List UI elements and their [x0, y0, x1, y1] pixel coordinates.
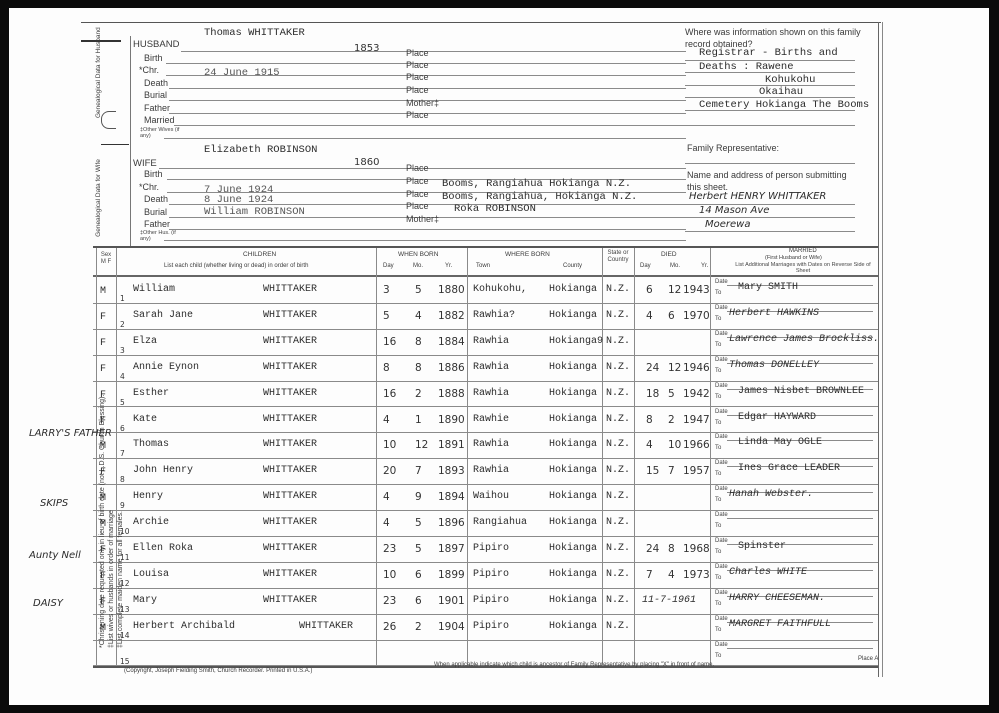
child-number: 4 [120, 372, 125, 381]
marriage-date-label: Date [715, 590, 728, 596]
birth-month: 7 [415, 465, 422, 477]
death-day: 18 [646, 388, 659, 400]
birth-year: 1890 [438, 414, 465, 426]
death-month: 4 [668, 569, 675, 581]
husband-name: Thomas WHITTAKER [204, 27, 305, 39]
birth-county: Hokianga [549, 543, 597, 554]
wife-section-label: Genealogical Data for Wife [95, 158, 103, 238]
death-year: 1957 [683, 465, 710, 477]
birth-year: 1886 [438, 362, 465, 374]
birth-county: Hokianga [549, 388, 597, 399]
birth-month: 2 [415, 621, 422, 633]
birth-day: 4 [383, 517, 390, 529]
death-day: 8 [646, 414, 653, 426]
death-month: 10 [668, 439, 681, 451]
birth-town: Rangiahua [473, 517, 527, 528]
child-number: 2 [120, 320, 125, 329]
marriage-to-label: To [715, 523, 721, 529]
child-given-name: Herbert Archibald [133, 621, 235, 632]
birth-county: Hokianga [549, 621, 597, 632]
birth-country: N.Z. [606, 336, 630, 347]
child-given-name: Mary [133, 595, 157, 606]
birth-day: 10 [383, 439, 396, 451]
child-surname: WHITTAKER [263, 388, 317, 399]
marriage-date-label: Date [715, 616, 728, 622]
marriage-date-label: Date [715, 512, 728, 518]
birth-year: 1880 [438, 284, 465, 296]
birth-day: 10 [383, 569, 396, 581]
death-year: 1970 [683, 310, 710, 322]
birth-town: Waihou [473, 491, 509, 502]
wife-burial-place: Booms, Rangiahua, Hokianga N.Z. [442, 191, 637, 203]
header-mo: Mo. [413, 263, 423, 269]
birth-month: 8 [415, 336, 422, 348]
child-given-name: Ellen Roka [133, 543, 193, 554]
header-yr: Yr. [445, 263, 452, 269]
child-given-name: Archie [133, 517, 169, 528]
birth-month: 2 [415, 388, 422, 400]
marriage-date-label: Date [715, 486, 728, 492]
table-row: M10ArchieWHITTAKER451896RangiahuaHokiang… [93, 510, 878, 536]
child-surname: WHITTAKER [263, 569, 317, 580]
birth-month: 5 [415, 517, 422, 529]
birth-town: Rawhia [473, 336, 509, 347]
marriage-date-label: Date [715, 538, 728, 544]
marriage-to-label: To [715, 497, 721, 503]
death-day: 7 [646, 569, 653, 581]
burial-label: Burial [144, 207, 167, 217]
birth-month: 8 [415, 362, 422, 374]
ancestor-instruction: When applicable indicate which child is … [434, 662, 714, 668]
spouse-name: Charles WHITE [729, 567, 807, 578]
birth-county: Hokianga9 [549, 336, 603, 347]
birth-year: 1894 [438, 491, 465, 503]
rule [685, 163, 855, 164]
child-surname: WHITTAKER [263, 543, 317, 554]
death-label: Death [144, 194, 168, 204]
marriage-date-label: Date [715, 434, 728, 440]
birth-year: 1901 [438, 595, 465, 607]
rule [685, 125, 855, 126]
rule [685, 97, 855, 98]
death-year: 1966 [683, 439, 710, 451]
header-children: CHILDREN [243, 251, 276, 258]
child-number: 8 [120, 475, 125, 484]
birth-day: 16 [383, 336, 396, 348]
child-given-name: Sarah Jane [133, 310, 193, 321]
birth-country: N.Z. [606, 569, 630, 580]
spouse-name: Lawrence James Brockliss. [729, 334, 879, 345]
husband-birth-year: 1853 [354, 43, 379, 54]
death-day: 6 [646, 284, 653, 296]
birth-year: 1899 [438, 569, 465, 581]
spouse-name: Herbert HAWKINS [729, 308, 819, 319]
rule [685, 110, 855, 111]
header-day: Day [383, 263, 394, 269]
rule [164, 138, 686, 139]
child-given-name: Henry [133, 491, 163, 502]
child-number: 6 [120, 424, 125, 433]
place-label: Place [406, 201, 429, 211]
header-married-sub2: List Additional Marriages with Dates on … [733, 262, 873, 274]
spouse-name: Spinster [738, 541, 786, 552]
marriage-date-label: Date [715, 409, 728, 415]
child-surname: WHITTAKER [263, 362, 317, 373]
place-label: Place [406, 72, 429, 82]
birth-day: 3 [383, 284, 390, 296]
place-label: Place [406, 60, 429, 70]
marriage-to-label: To [715, 394, 721, 400]
death-month: 2 [668, 414, 675, 426]
birth-day: 20 [383, 465, 396, 477]
spouse-name: MARGRET FAITHFULL [729, 619, 831, 630]
birth-country: N.Z. [606, 388, 630, 399]
rule [685, 231, 855, 232]
margin-note-aunty-nell: Aunty Nell [29, 550, 81, 561]
marriage-date-label: Date [715, 383, 728, 389]
marriage-date-label: Date [715, 357, 728, 363]
birth-month: 6 [415, 595, 422, 607]
marriage-to-label: To [715, 575, 721, 581]
header-town: Town [476, 263, 490, 269]
marriage-date-label: Date [715, 642, 728, 648]
child-number: 7 [120, 449, 125, 458]
child-given-name: Thomas [133, 439, 169, 450]
marriage-date-label: Date [715, 279, 728, 285]
child-surname: WHITTAKER [263, 336, 317, 347]
birth-town: Pipiro [473, 621, 509, 632]
birth-year: 1884 [438, 336, 465, 348]
child-given-name: Esther [133, 388, 169, 399]
birth-county: Hokianga [549, 595, 597, 606]
table-top-border [93, 246, 878, 248]
father-label: Father [144, 219, 170, 229]
child-surname: WHITTAKER [263, 465, 317, 476]
birth-county: Hokianga [549, 517, 597, 528]
marriage-to-label: To [715, 290, 721, 296]
birth-year: 1896 [438, 517, 465, 529]
birth-country: N.Z. [606, 465, 630, 476]
birth-country: N.Z. [606, 543, 630, 554]
birth-town: Rawhia [473, 362, 509, 373]
place-label: Place [406, 85, 429, 95]
child-number: 15 [120, 657, 130, 666]
copyright-notice: (Copyright, Joseph Fielding Smith, Churc… [124, 668, 312, 674]
birth-town: Kohukohu, [473, 284, 527, 295]
place-label: Place [406, 189, 429, 199]
birth-town: Rawhie [473, 414, 509, 425]
marriage-to-label: To [715, 342, 721, 348]
birth-country: N.Z. [606, 284, 630, 295]
right-border [882, 22, 883, 677]
margin-note-daisy: DAISY [33, 598, 63, 609]
marriage-to-label: To [715, 653, 721, 659]
child-surname: WHITTAKER [263, 310, 317, 321]
child-given-name: Elza [133, 336, 157, 347]
death-day: 11-7-1961 [642, 595, 696, 606]
birth-country: N.Z. [606, 362, 630, 373]
death-month: 7 [668, 465, 675, 477]
death-year: 1943 [683, 284, 710, 296]
header-state: State or Country [604, 250, 632, 264]
sex-cell: M [100, 286, 106, 297]
table-row: M14Herbert ArchibaldWHITTAKER2621904Pipi… [93, 614, 878, 640]
wife-name: Elizabeth ROBINSON [204, 144, 317, 156]
sex-cell: F [100, 338, 106, 349]
birth-county: Hokianga [549, 284, 597, 295]
family-group-record-sheet: Genealogical Data for Husband HUSBAND Th… [9, 8, 989, 705]
death-label: Death [144, 78, 168, 88]
table-row: F5EstherWHITTAKER1621888RawhiaHokiangaN.… [93, 381, 878, 407]
child-surname: WHITTAKER [263, 517, 317, 528]
birth-day: 16 [383, 388, 396, 400]
submitter-label: Name and address of person submitting th… [687, 169, 857, 193]
marriage-to-label: To [715, 445, 721, 451]
submitter-address: 14 Mason Ave [699, 205, 769, 216]
birth-month: 6 [415, 569, 422, 581]
rule [164, 240, 686, 241]
margin-note-skips: SKIPS [40, 498, 68, 509]
child-given-name: John Henry [133, 465, 193, 476]
header-died: DIED [661, 251, 677, 258]
birth-year: 1904 [438, 621, 465, 633]
wife-label: WIFE [133, 158, 157, 169]
child-given-name: William [133, 284, 175, 295]
place-label: Place [406, 176, 429, 186]
birth-country: N.Z. [606, 595, 630, 606]
submitter-town: Moerewa [705, 219, 750, 230]
married-label: Married [144, 115, 175, 125]
birth-town: Pipiro [473, 569, 509, 580]
wife-death-place: Booms, Rangiahua Hokianga N.Z. [442, 178, 631, 190]
birth-country: N.Z. [606, 517, 630, 528]
marriage-to-label: To [715, 601, 721, 607]
place-cut-label: Place A [858, 656, 878, 662]
wife-mother: Roka ROBINSON [454, 203, 536, 215]
table-row: F3ElzaWHITTAKER1681884RawhiaHokianga9N.Z… [93, 329, 878, 355]
death-year: 1942 [683, 388, 710, 400]
header-married: MARRIED [789, 248, 817, 254]
birth-month: 9 [415, 491, 422, 503]
family-representative-label: Family Representative: [687, 143, 779, 153]
birth-day: 26 [383, 621, 396, 633]
spouse-name: HARRY CHEESEMAN. [729, 593, 825, 604]
husband-label: HUSBAND [133, 39, 179, 50]
birth-country: N.Z. [606, 310, 630, 321]
place-label: Place [406, 48, 429, 58]
birth-month: 1 [415, 414, 422, 426]
birth-day: 8 [383, 362, 390, 374]
table-row: F13MaryWHITTAKER2361901PipiroHokiangaN.Z… [93, 588, 878, 614]
death-day: 24 [646, 543, 659, 555]
rule [169, 229, 686, 230]
marriage-to-label: To [715, 420, 721, 426]
birth-year: 1891 [438, 439, 465, 451]
birth-month: 5 [415, 284, 422, 296]
husband-section-label: Genealogical Data for Husband [95, 38, 103, 118]
birth-year: 1897 [438, 543, 465, 555]
spouse-name: Thomas DONELLEY [729, 360, 819, 371]
husband-death-date: 24 June 1915 [204, 67, 280, 79]
child-given-name: Kate [133, 414, 157, 425]
top-border [81, 22, 881, 23]
marriage-to-label: To [715, 316, 721, 322]
birth-year: 1888 [438, 388, 465, 400]
child-surname: WHITTAKER [263, 491, 317, 502]
child-number: 9 [120, 501, 125, 510]
header-children-sub: List each child (whether living or dead)… [164, 263, 308, 269]
child-surname: WHITTAKER [263, 439, 317, 450]
birth-label: Birth [144, 53, 163, 63]
marriage-to-label: To [715, 471, 721, 477]
hole-punch-mark [101, 111, 116, 129]
birth-month: 5 [415, 543, 422, 555]
death-day: 4 [646, 439, 653, 451]
chr-label: *Chr. [139, 182, 159, 192]
birth-day: 23 [383, 543, 396, 555]
birth-town: Rawhia [473, 465, 509, 476]
birth-day: 5 [383, 310, 390, 322]
death-month: 5 [668, 388, 675, 400]
spouse-name: Mary SMITH [738, 282, 798, 293]
place-label: Place [406, 110, 429, 120]
source-line-1: Registrar - Births and [699, 47, 838, 59]
place-label: Place [406, 163, 429, 173]
birth-country: N.Z. [606, 414, 630, 425]
table-row: F6KateWHITTAKER411890RawhieHokiangaN.Z.8… [93, 407, 878, 433]
death-day: 4 [646, 310, 653, 322]
birth-month: 4 [415, 310, 422, 322]
table-row: F8John HenryWHITTAKER2071893RawhiaHokian… [93, 458, 878, 484]
death-day: 15 [646, 465, 659, 477]
birth-day: 4 [383, 414, 390, 426]
wife-birth-year: 1860 [354, 157, 379, 168]
death-year: 1973 [683, 569, 710, 581]
spouse-name: Edgar HAYWARD [738, 412, 816, 423]
table-row: F11Ellen RokaWHITTAKER2351897PipiroHokia… [93, 536, 878, 562]
death-month: 12 [668, 362, 681, 374]
child-surname: WHITTAKER [263, 284, 317, 295]
birth-country: N.Z. [606, 439, 630, 450]
child-number: 3 [120, 346, 125, 355]
spouse-name: James Nisbet BROWNLEE [738, 386, 864, 397]
marriage-date-label: Date [715, 460, 728, 466]
margin-note-larrys-father: LARRY'S FATHER [29, 428, 112, 439]
birth-country: N.Z. [606, 621, 630, 632]
spouse-name: Hanah Webster. [729, 489, 813, 500]
sex-cell: F [100, 312, 106, 323]
chr-label: *Chr. [139, 65, 159, 75]
table-row: F2Sarah JaneWHITTAKER541882Rawhia?Hokian… [93, 303, 878, 329]
spouse-name: Linda May OGLE [738, 437, 822, 448]
marriage-date-label: Date [715, 331, 728, 337]
child-surname: WHITTAKER [299, 621, 353, 632]
birth-county: Hokianga [549, 569, 597, 580]
table-row: M1WilliamWHITTAKER351880Kohukohu,Hokiang… [93, 277, 878, 303]
marriage-date-label: Date [715, 305, 728, 311]
table-row: F4Annie EynonWHITTAKER881886RawhiaHokian… [93, 355, 878, 381]
birth-label: Birth [144, 169, 163, 179]
birth-town: Pipiro [473, 595, 509, 606]
child-given-name: Louisa [133, 569, 169, 580]
death-year: 1946 [683, 362, 710, 374]
rule [685, 217, 855, 218]
table-row: F12LouisaWHITTAKER1061899PipiroHokiangaN… [93, 562, 878, 588]
death-day: 24 [646, 362, 659, 374]
sex-cell: F [100, 364, 106, 375]
death-year: 1947 [683, 414, 710, 426]
marriage-date-label: Date [715, 564, 728, 570]
birth-year: 1893 [438, 465, 465, 477]
rule [685, 72, 855, 73]
birth-town: Rawhia [473, 439, 509, 450]
rule [174, 125, 686, 126]
child-surname: WHITTAKER [263, 595, 317, 606]
rule [181, 51, 686, 52]
mother-label: Mother‡ [406, 214, 439, 224]
footnote-maiden-name: ‡List complete maiden name for all femal… [117, 511, 124, 648]
birth-county: Hokianga [549, 491, 597, 502]
header-where-born: WHERE BORN [505, 251, 550, 258]
marriage-to-label: To [715, 627, 721, 633]
birth-town: Rawhia [473, 388, 509, 399]
death-month: 6 [668, 310, 675, 322]
death-month: 12 [668, 284, 681, 296]
table-row: M7ThomasWHITTAKER10121891RawhiaHokiangaN… [93, 432, 878, 458]
child-number: 5 [120, 398, 125, 407]
header-died-day: Day [640, 263, 651, 269]
marriage-to-label: To [715, 368, 721, 374]
child-number: 1 [120, 294, 125, 303]
right-border [878, 22, 879, 677]
birth-town: Rawhia? [473, 310, 515, 321]
birth-day: 23 [383, 595, 396, 607]
birth-county: Hokianga [549, 310, 597, 321]
divider [101, 144, 129, 145]
birth-day: 4 [383, 491, 390, 503]
birth-country: N.Z. [606, 491, 630, 502]
child-given-name: Annie Eynon [133, 362, 199, 373]
spouse-name: Ines Grace LEADER [738, 463, 840, 474]
header-died-yr: Yr. [701, 263, 708, 269]
header-when-born: WHEN BORN [398, 251, 438, 258]
birth-month: 12 [415, 439, 428, 451]
section-divider [130, 36, 131, 248]
footnote-marriage-order: ‡List wives or husbands in order of marr… [108, 510, 115, 648]
header-married-sub1: (First Husband or Wife) [765, 255, 822, 261]
birth-county: Hokianga [549, 465, 597, 476]
rule [727, 648, 873, 649]
burial-label: Burial [144, 90, 167, 100]
header-sex: Sex M F [99, 252, 113, 266]
children-table: Sex M F CHILDREN List each child (whethe… [93, 246, 878, 666]
birth-county: Hokianga [549, 414, 597, 425]
father-label: Father [144, 103, 170, 113]
child-surname: WHITTAKER [263, 414, 317, 425]
marriage-to-label: To [715, 549, 721, 555]
birth-town: Pipiro [473, 543, 509, 554]
death-month: 8 [668, 543, 675, 555]
mother-label: Mother‡ [406, 98, 439, 108]
birth-year: 1882 [438, 310, 465, 322]
birth-county: Hokianga [549, 439, 597, 450]
header-county: County [563, 263, 582, 269]
rule [727, 518, 873, 519]
birth-county: Hokianga [549, 362, 597, 373]
table-row: M9HenryWHITTAKER491894WaihouHokiangaN.Z.… [93, 484, 878, 510]
submitter-name: Herbert HENRY WHITTAKER [689, 191, 826, 202]
header-died-mo: Mo. [670, 263, 680, 269]
